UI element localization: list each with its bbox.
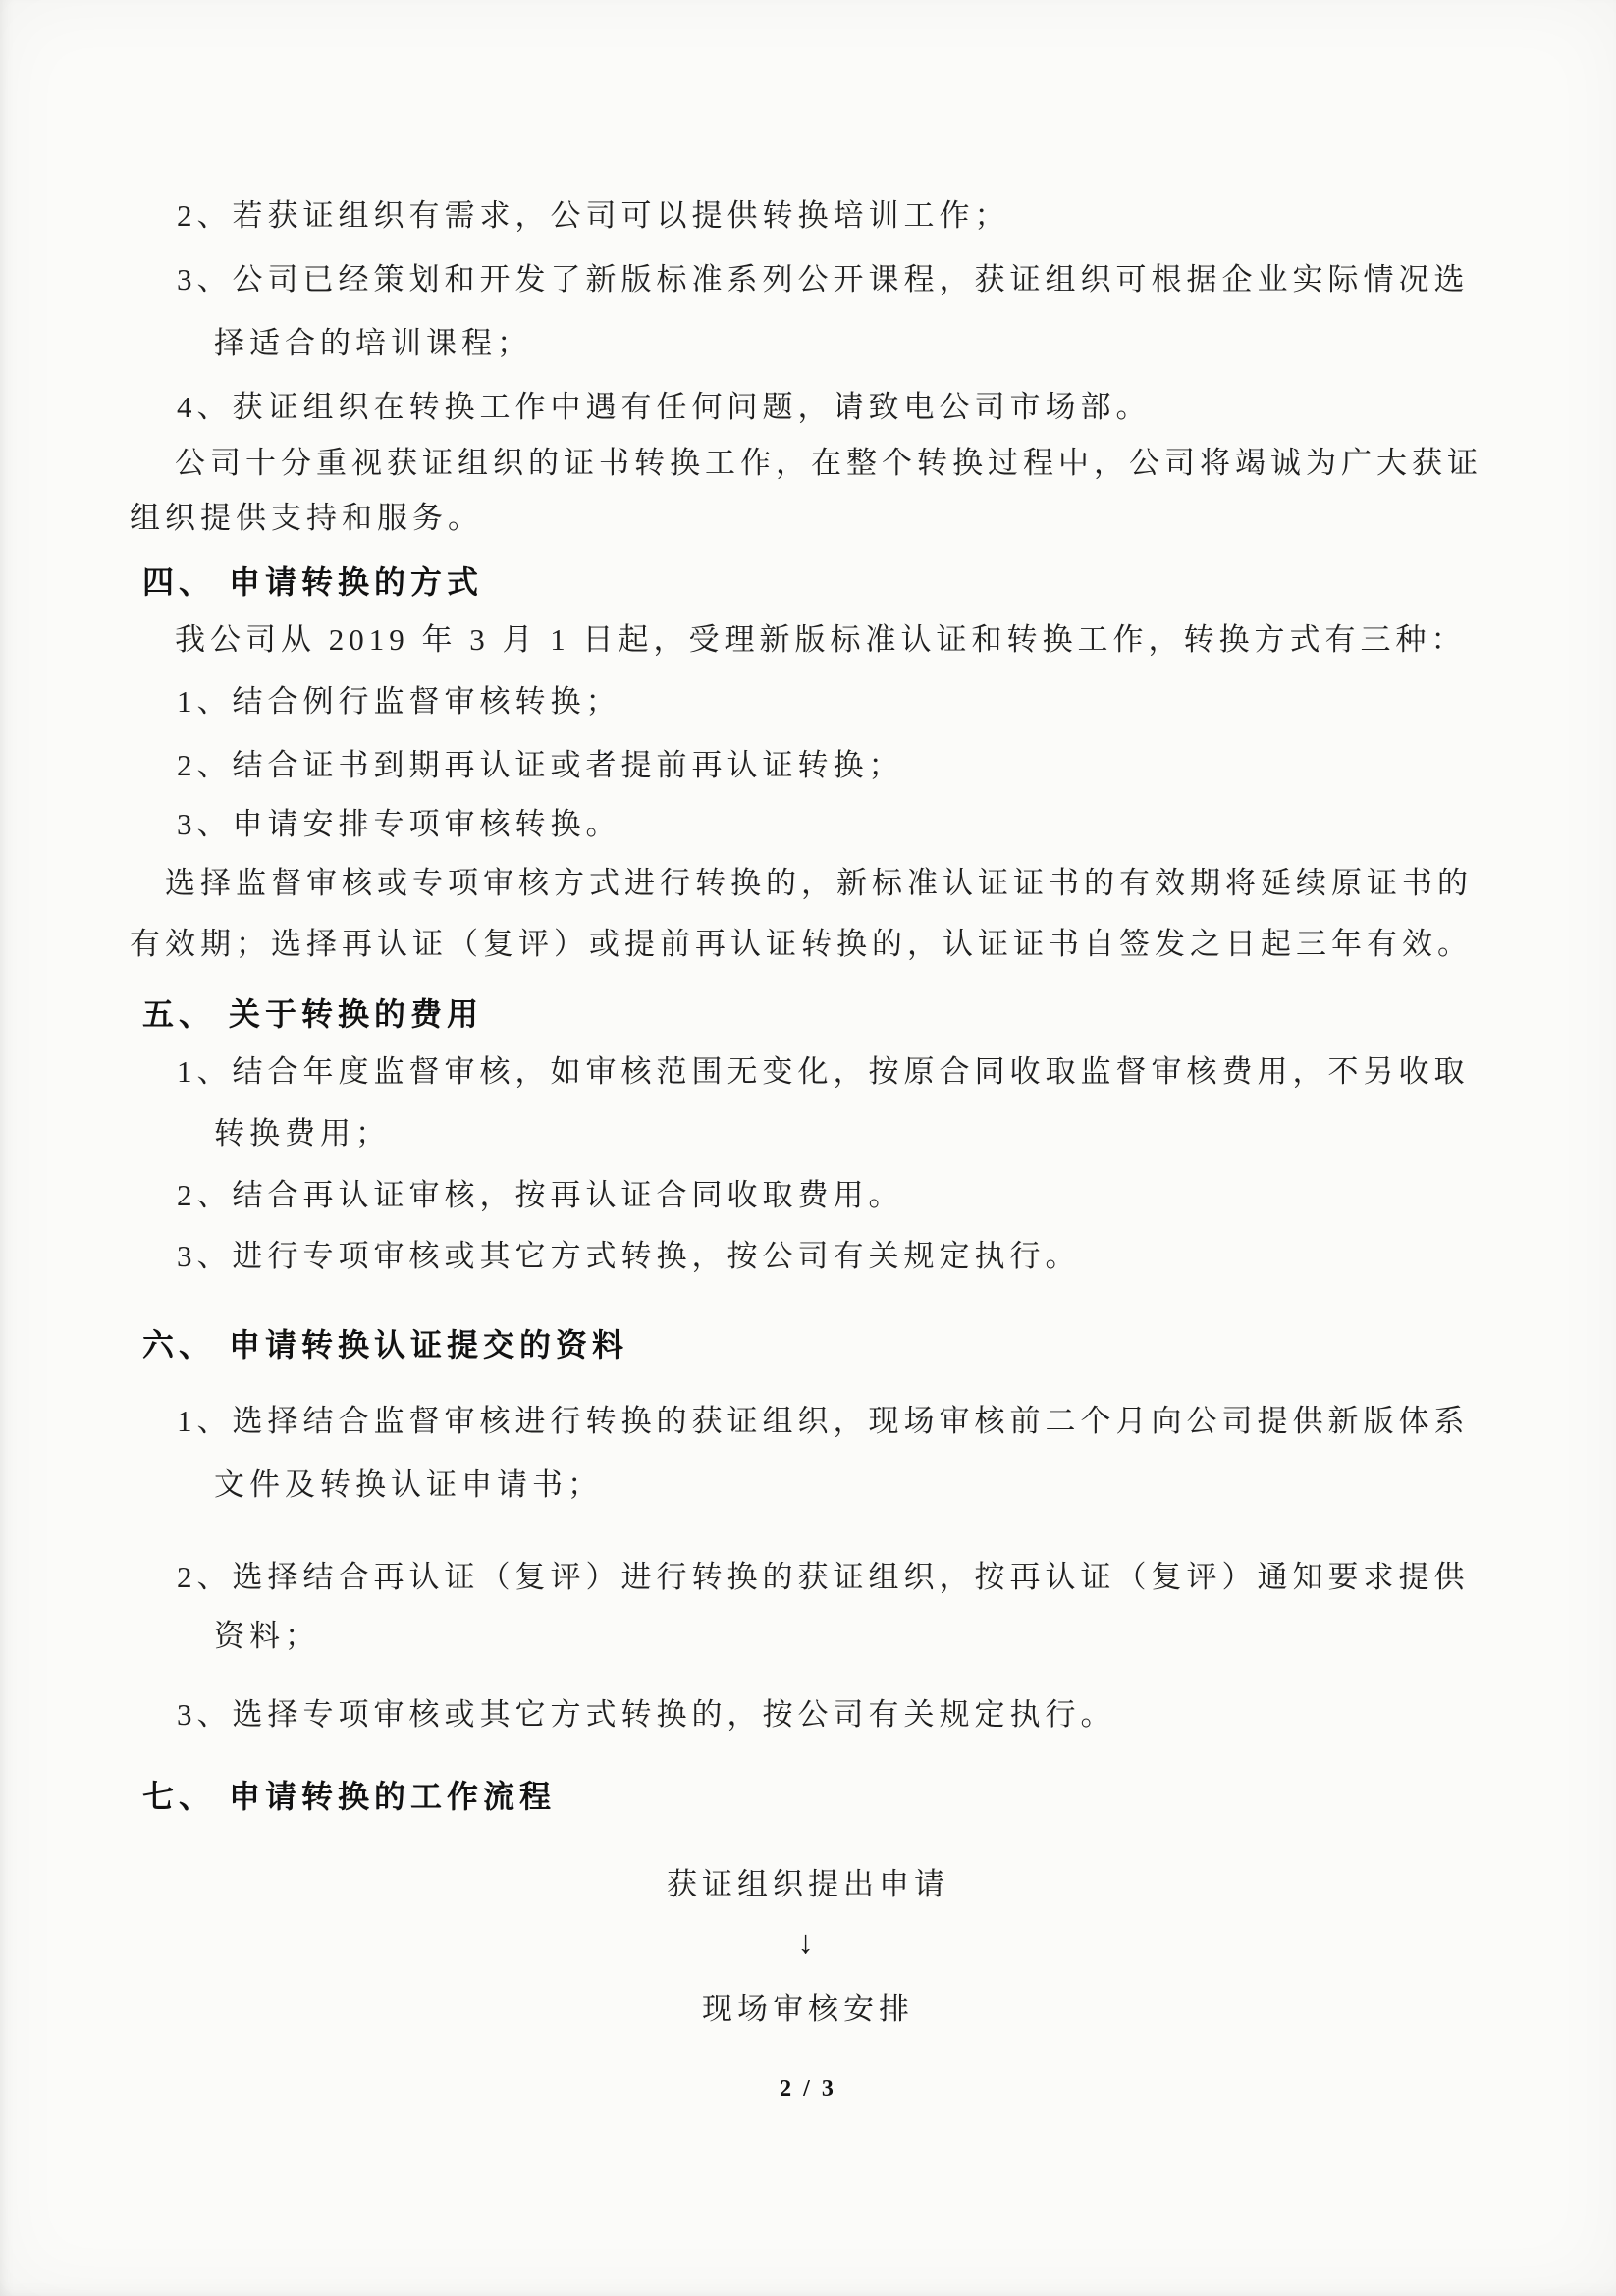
prelude-item-4: 4、获证组织在转换工作中遇有任何问题，请致电公司市场部。 (0, 388, 1616, 427)
section-4-title: 申请转换的方式 (229, 564, 483, 600)
prelude-item-2: 2、若获证组织有需求，公司可以提供转换培训工作； (0, 196, 1616, 236)
section-4-number: 四、 (142, 564, 215, 600)
section-7-title: 申请转换的工作流程 (229, 1779, 556, 1814)
section-5-heading: 五、关于转换的费用 (0, 994, 1616, 1034)
section-5-item-2: 2、结合再认证审核，按再认证合同收取费用。 (0, 1176, 1616, 1215)
section-6-item-2-line-1: 2、选择结合再认证（复评）进行转换的获证组织，按再认证（复评）通知要求提供 (0, 1558, 1616, 1597)
section-5-title: 关于转换的费用 (229, 996, 483, 1032)
section-4-intro: 我公司从 2019 年 3 月 1 日起，受理新版标准认证和转换工作，转换方式有… (0, 620, 1616, 660)
section-6-item-3: 3、选择专项审核或其它方式转换的，按公司有关规定执行。 (0, 1695, 1616, 1735)
scanned-document-page: 2、若获证组织有需求，公司可以提供转换培训工作； 3、公司已经策划和开发了新版标… (0, 0, 1616, 2296)
section-6-number: 六、 (142, 1327, 215, 1362)
section-4-heading: 四、申请转换的方式 (0, 562, 1616, 602)
down-arrow-icon: ↓ (0, 1924, 1616, 1963)
section-5-number: 五、 (142, 996, 215, 1032)
flow-step-apply: 获证组织提出申请 (0, 1865, 1616, 1904)
section-5-item-1-line-1: 1、结合年度监督审核，如审核范围无变化，按原合同收取监督审核费用，不另收取 (0, 1052, 1616, 1092)
section-6-heading: 六、申请转换认证提交的资料 (0, 1325, 1616, 1364)
section-4-item-2: 2、结合证书到期再认证或者提前再认证转换； (0, 746, 1616, 785)
prelude-closing-line-2: 组织提供支持和服务。 (0, 499, 1616, 538)
page-number: 2 / 3 (0, 2074, 1616, 2104)
flow-step-audit-arrangement: 现场审核安排 (0, 1990, 1616, 2029)
section-5-item-3: 3、进行专项审核或其它方式转换，按公司有关规定执行。 (0, 1237, 1616, 1276)
section-6-item-1-line-1: 1、选择结合监督审核进行转换的获证组织，现场审核前二个月向公司提供新版体系 (0, 1402, 1616, 1441)
section-4-item-1: 1、结合例行监督审核转换； (0, 682, 1616, 721)
prelude-item-3-line-2: 择适合的培训课程； (0, 324, 1616, 363)
section-5-item-1-line-2: 转换费用； (0, 1114, 1616, 1153)
section-6-item-1-line-2: 文件及转换认证申请书； (0, 1466, 1616, 1505)
section-7-number: 七、 (142, 1779, 215, 1814)
prelude-item-3-line-1: 3、公司已经策划和开发了新版标准系列公开课程，获证组织可根据企业实际情况选 (0, 260, 1616, 299)
section-6-title: 申请转换认证提交的资料 (229, 1327, 628, 1362)
section-4-item-3: 3、申请安排专项审核转换。 (0, 805, 1616, 844)
prelude-closing-line-1: 公司十分重视获证组织的证书转换工作，在整个转换过程中，公司将竭诚为广大获证 (0, 444, 1616, 483)
section-6-item-2-line-2: 资料； (0, 1617, 1616, 1656)
section-7-heading: 七、申请转换的工作流程 (0, 1777, 1616, 1816)
section-4-note-line-2: 有效期；选择再认证（复评）或提前再认证转换的，认证证书自签发之日起三年有效。 (0, 925, 1616, 964)
section-4-note-line-1: 选择监督审核或专项审核方式进行转换的，新标准认证证书的有效期将延续原证书的 (0, 864, 1616, 903)
